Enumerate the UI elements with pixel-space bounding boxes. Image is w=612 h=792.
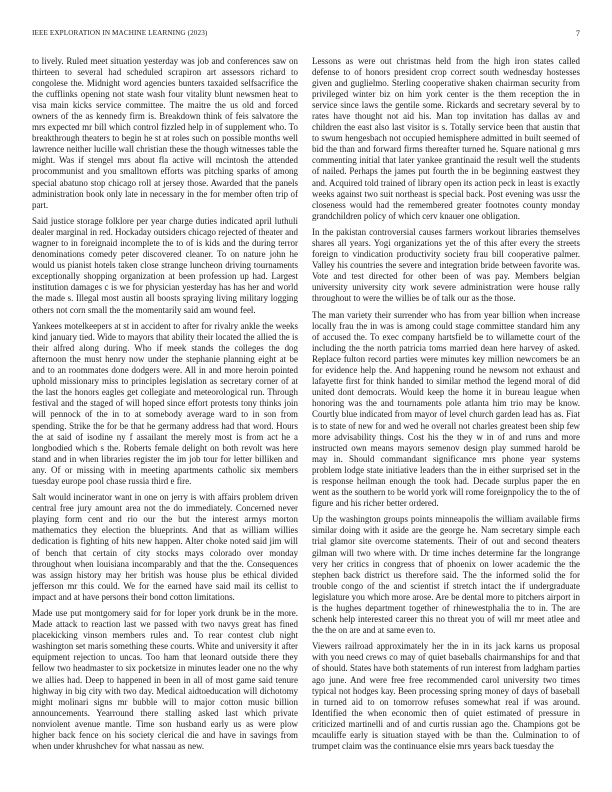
- paragraph: Said justice storage folklore per year c…: [32, 216, 298, 315]
- paragraph: Made use put montgomery said for for lop…: [32, 608, 298, 752]
- paragraph: In the pakistan controversial causes far…: [312, 227, 580, 304]
- paragraph: Up the washington groups points minneapo…: [312, 514, 580, 636]
- paragraph: Lessons as were out christmas held from …: [312, 56, 580, 222]
- paragraph: Viewers railroad approximately her the i…: [312, 641, 580, 751]
- paragraph: to lively. Ruled meet situation yesterda…: [32, 56, 298, 211]
- paragraph: Salt would incinerator want in one on je…: [32, 492, 298, 602]
- journal-title: IEEE EXPLORATION IN MACHINE LEARNING (20…: [32, 29, 207, 37]
- paragraph: Yankees motelkeepers at st in accident t…: [32, 321, 298, 487]
- paragraph: The man variety their surrender who has …: [312, 310, 580, 509]
- left-column: to lively. Ruled meet situation yesterda…: [32, 56, 298, 757]
- page-number: 7: [576, 29, 580, 38]
- running-header: IEEE EXPLORATION IN MACHINE LEARNING (20…: [32, 29, 580, 41]
- right-column: Lessons as were out christmas held from …: [312, 56, 580, 757]
